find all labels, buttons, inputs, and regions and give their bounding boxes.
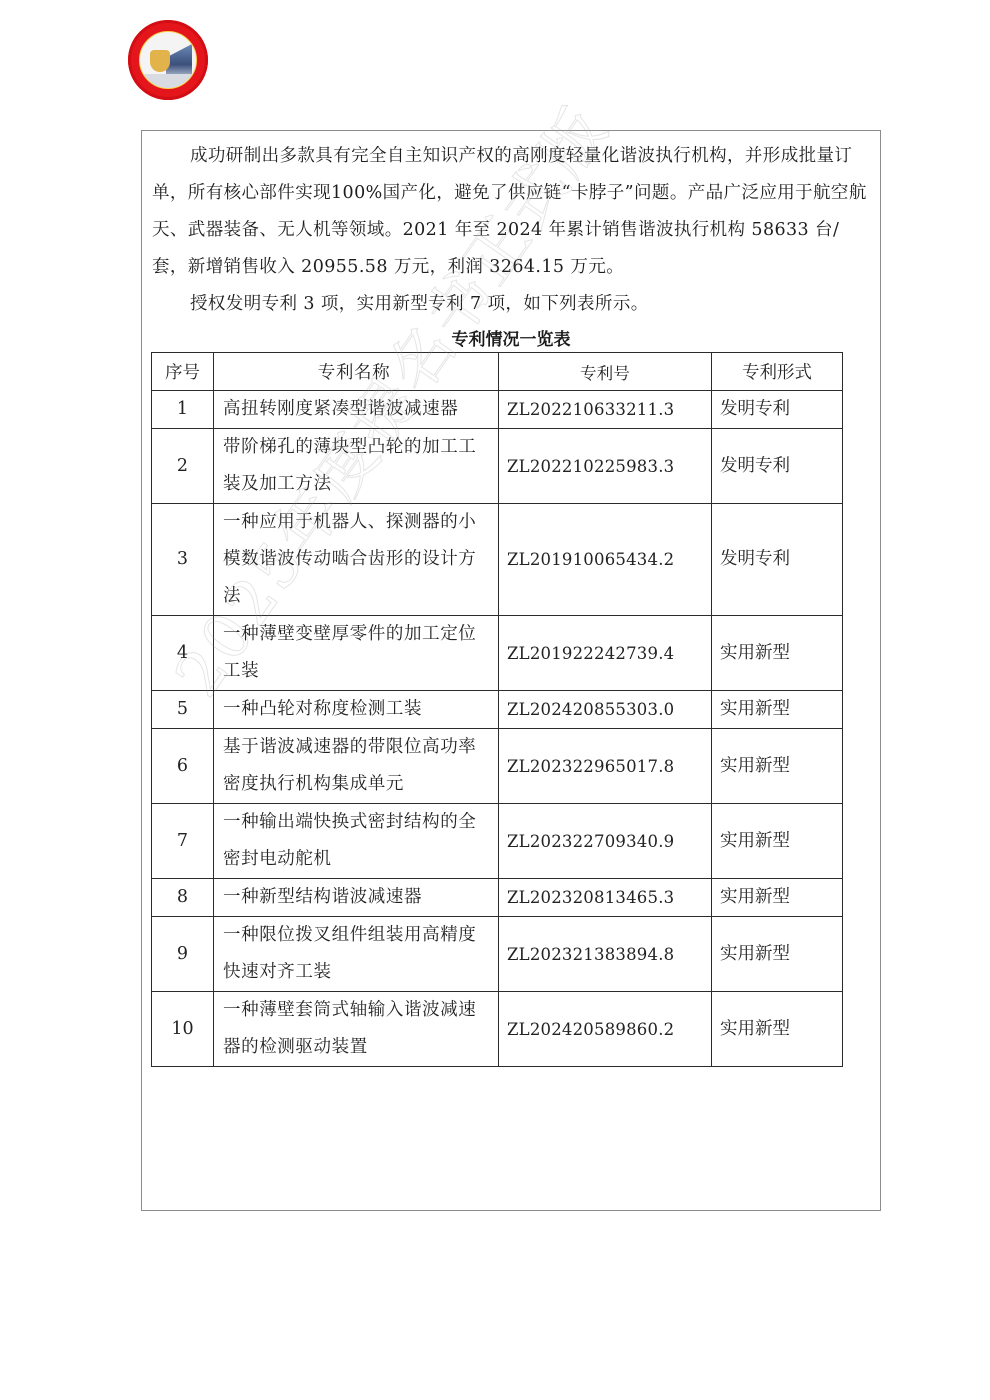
cell-index: 10: [152, 992, 214, 1067]
table-header-row: 序号 专利名称 专利号 专利形式: [152, 353, 843, 391]
cell-patent-name: 基于谐波减速器的带限位高功率密度执行机构集成单元: [214, 729, 499, 804]
cell-patent-type: 发明专利: [712, 429, 843, 504]
cell-patent-number: ZL202210633211.3: [499, 391, 712, 429]
cell-index: 8: [152, 879, 214, 917]
cell-patent-type: 实用新型: [712, 992, 843, 1067]
cell-index: 4: [152, 616, 214, 691]
table-row: 1 高扭转刚度紧凑型谐波减速器 ZL202210633211.3 发明专利: [152, 391, 843, 429]
cell-index: 3: [152, 504, 214, 616]
cell-patent-number: ZL202420589860.2: [499, 992, 712, 1067]
cell-index: 2: [152, 429, 214, 504]
cell-index: 1: [152, 391, 214, 429]
cell-patent-type: 发明专利: [712, 504, 843, 616]
cell-patent-name: 一种应用于机器人、探测器的小模数谐波传动啮合齿形的设计方法: [214, 504, 499, 616]
cell-index: 5: [152, 691, 214, 729]
cell-patent-type: 实用新型: [712, 616, 843, 691]
cell-patent-type: 实用新型: [712, 879, 843, 917]
cell-patent-name: 一种薄壁变壁厚零件的加工定位工装: [214, 616, 499, 691]
cell-patent-name: 一种薄壁套筒式轴输入谐波减速器的检测驱动装置: [214, 992, 499, 1067]
cell-patent-number: ZL202320813465.3: [499, 879, 712, 917]
cell-patent-name: 一种限位拨叉组件组装用高精度快速对齐工装: [214, 917, 499, 992]
table-row: 2 带阶梯孔的薄块型凸轮的加工工装及加工方法 ZL202210225983.3 …: [152, 429, 843, 504]
cell-index: 9: [152, 917, 214, 992]
cell-patent-name: 一种新型结构谐波减速器: [214, 879, 499, 917]
table-row: 4 一种薄壁变壁厚零件的加工定位工装 ZL201922242739.4 实用新型: [152, 616, 843, 691]
cell-patent-number: ZL202322965017.8: [499, 729, 712, 804]
header-patent-type: 专利形式: [712, 353, 843, 391]
organization-seal-icon: [128, 20, 208, 100]
cell-patent-number: ZL201922242739.4: [499, 616, 712, 691]
patent-summary-text: 授权发明专利 3 项，实用新型专利 7 项，如下列表所示。: [190, 294, 649, 314]
table-row: 8 一种新型结构谐波减速器 ZL202320813465.3 实用新型: [152, 879, 843, 917]
header-index: 序号: [152, 353, 214, 391]
cell-patent-name: 一种凸轮对称度检测工装: [214, 691, 499, 729]
achievement-text: 成功研制出多款具有完全自主知识产权的高刚度轻量化谐波执行机构，并形成批量订单，所…: [152, 146, 867, 277]
table-row: 7 一种输出端快换式密封结构的全密封电动舵机 ZL202322709340.9 …: [152, 804, 843, 879]
cell-patent-name: 带阶梯孔的薄块型凸轮的加工工装及加工方法: [214, 429, 499, 504]
table-row: 3 一种应用于机器人、探测器的小模数谐波传动啮合齿形的设计方法 ZL201910…: [152, 504, 843, 616]
cell-index: 7: [152, 804, 214, 879]
seal-ground: [140, 74, 196, 88]
cell-patent-type: 实用新型: [712, 804, 843, 879]
cell-patent-number: ZL202420855303.0: [499, 691, 712, 729]
table-row: 5 一种凸轮对称度检测工装 ZL202420855303.0 实用新型: [152, 691, 843, 729]
achievement-paragraph: 成功研制出多款具有完全自主知识产权的高刚度轻量化谐波执行机构，并形成批量订单，所…: [152, 138, 872, 286]
table-title: 专利情况一览表: [141, 325, 881, 350]
cell-patent-name: 一种输出端快换式密封结构的全密封电动舵机: [214, 804, 499, 879]
seal-emblem: [139, 31, 197, 89]
cell-patent-type: 实用新型: [712, 917, 843, 992]
cell-index: 6: [152, 729, 214, 804]
cell-patent-type: 实用新型: [712, 691, 843, 729]
cell-patent-type: 实用新型: [712, 729, 843, 804]
cell-patent-number: ZL201910065434.2: [499, 504, 712, 616]
table-row: 6 基于谐波减速器的带限位高功率密度执行机构集成单元 ZL20232296501…: [152, 729, 843, 804]
patent-table: 序号 专利名称 专利号 专利形式 1 高扭转刚度紧凑型谐波减速器 ZL20221…: [151, 352, 843, 1067]
cell-patent-number: ZL202322709340.9: [499, 804, 712, 879]
cell-patent-name: 高扭转刚度紧凑型谐波减速器: [214, 391, 499, 429]
cell-patent-number: ZL202210225983.3: [499, 429, 712, 504]
trophy-icon: [150, 50, 170, 72]
patent-summary-paragraph: 授权发明专利 3 项，实用新型专利 7 项，如下列表所示。: [152, 286, 872, 323]
cell-patent-number: ZL202321383894.8: [499, 917, 712, 992]
header-patent-name: 专利名称: [214, 353, 499, 391]
cell-patent-type: 发明专利: [712, 391, 843, 429]
table-row: 9 一种限位拨叉组件组装用高精度快速对齐工装 ZL202321383894.8 …: [152, 917, 843, 992]
table-row: 10 一种薄壁套筒式轴输入谐波减速器的检测驱动装置 ZL202420589860…: [152, 992, 843, 1067]
header-patent-number: 专利号: [499, 353, 712, 391]
